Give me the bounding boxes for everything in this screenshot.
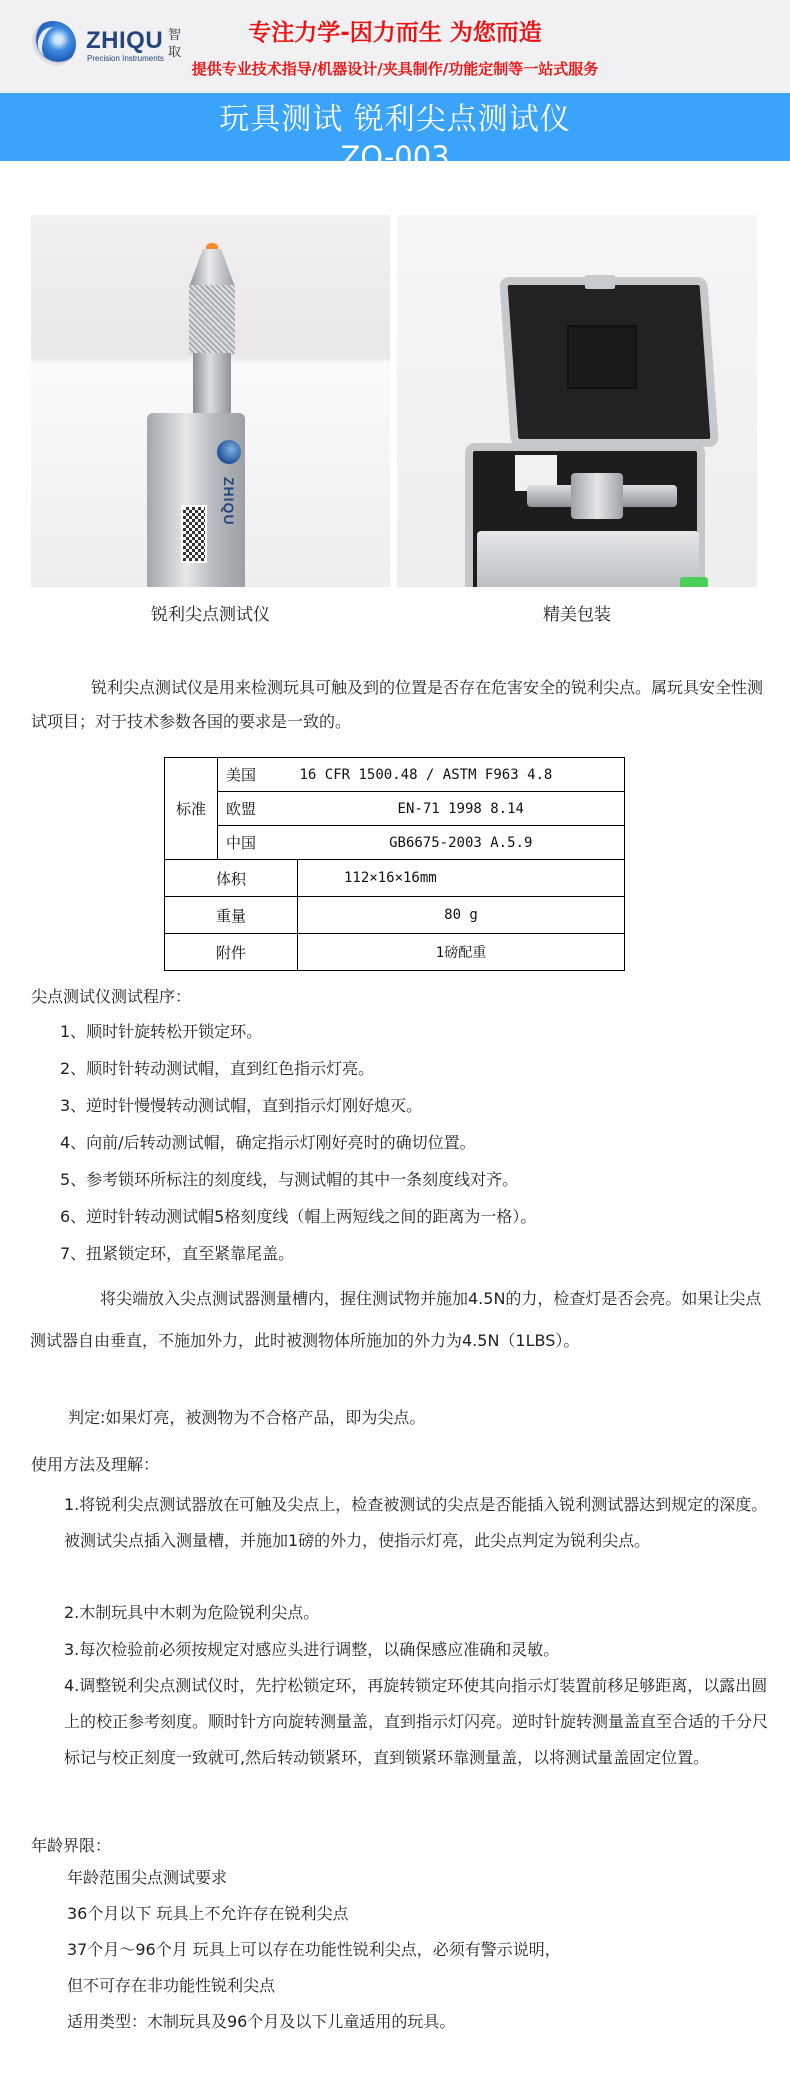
case-lid-foam [567,325,637,389]
list-item: 适用类型：木制玩具及96个月及以下儿童适用的玩具。 [67,2004,767,2040]
case-device-body [571,473,623,519]
list-item: 4.调整锐利尖点测试仪时，先拧松锁定环，再旋转锁定环使其向指示灯装置前移足够距离… [64,1668,776,1776]
logo-brand: ZHIQU [86,29,163,53]
age-limits-title: 年龄界限： [31,1833,111,1856]
list-item: 36个月以下 玩具上不允许存在锐利尖点 [67,1896,767,1932]
table-row: 中国 GB6675-2003 A.5.9 [165,826,625,860]
photo-caption-tester: 锐利尖点测试仪 [31,600,390,625]
body-logo-icon [217,440,241,464]
list-item: 但不可存在非功能性锐利尖点 [67,1968,767,2004]
table-row: 标准 美国 16 CFR 1500.48 / ASTM F963 4.8 [165,758,625,792]
standard-label: 标准 [165,758,218,860]
standard-code-cell: GB6675-2003 A.5.9 [298,826,625,860]
slogan-main: 专注力学-因力而生 为您而造 [205,14,585,47]
case-front-panel [477,531,699,587]
list-item: 1、顺时针旋转松开锁定环。 [60,1013,780,1050]
photo-caption-packaging: 精美包装 [397,600,757,625]
list-item: 6、逆时针转动测试帽5格刻度线（帽上两短线之间的距离为一格）。 [60,1198,780,1235]
verdict-text: 判定:如果灯亮，被测物为不合格产品，即为尖点。 [68,1405,425,1428]
spec-value-cell: 112×16×16mm [298,860,625,897]
case-hinge-icon [585,275,615,289]
slogan-sub: 提供专业技术指导/机器设计/夹具制作/功能定制等一站式服务 [135,58,655,79]
region-cell: 美国 [218,758,298,792]
list-item: 3.每次检验前必须按规定对感应头进行调整，以确保感应准确和灵敏。 [64,1632,776,1668]
probe-tip [189,249,235,287]
age-limits-list: 年龄范围尖点测试要求 36个月以下 玩具上不允许存在锐利尖点 37个月～96个月… [67,1860,767,2040]
spec-value-cell: 80 g [298,897,625,934]
procedure-steps: 1、顺时针旋转松开锁定环。 2、顺时针转动测试帽，直到红色指示灯亮。 3、逆时针… [60,1013,780,1272]
top-header: ZHIQU Precision Instruments 智取 专注力学-因力而生… [0,0,790,93]
zhiqu-logo-icon [30,21,76,67]
list-item: 1.将锐利尖点测试器放在可触及尖点上，检查被测试的尖点是否能插入锐利测试器达到规… [64,1487,776,1559]
sharp-point-tester-photo: ZHIQU [31,215,390,587]
region-cell: 中国 [218,826,298,860]
list-item: 年龄范围尖点测试要求 [67,1860,767,1896]
title-banner: 玩具测试 锐利尖点测试仪 ZQ-003 [0,93,790,161]
list-item: 5、参考锁环所标注的刻度线，与测试帽的其中一条刻度线对齐。 [60,1161,780,1198]
list-item: 4、向前/后转动测试帽，确定指示灯刚好亮时的确切位置。 [60,1124,780,1161]
logo-chinese: 智取 [168,27,184,61]
spec-label-cell: 附件 [165,934,298,971]
procedure-title: 尖点测试仪测试程序： [31,984,191,1007]
list-item: 2.木制玩具中木刺为危险锐利尖点。 [64,1595,776,1631]
list-item: 37个月～96个月 玩具上可以存在功能性锐利尖点，必须有警示说明， [67,1932,767,1968]
intro-paragraph: 锐利尖点测试仪是用来检测玩具可触及到的位置是否存在危害安全的锐利尖点。属玩具安全… [31,671,771,739]
usage-title: 使用方法及理解： [31,1452,159,1475]
force-paragraph: 将尖端放入尖点测试器测量槽内，握住测试物并施加4.5N的力，检查灯是否会亮。如果… [30,1278,775,1362]
model-number: ZQ-003 [0,142,790,172]
spec-label-cell: 重量 [165,897,298,934]
probe-neck [193,353,231,415]
table-row: 体积 112×16×16mm [165,860,625,897]
page-title: 玩具测试 锐利尖点测试仪 [0,103,790,137]
spec-label-cell: 体积 [165,860,298,897]
standard-code-cell: EN-71 1998 8.14 [298,792,625,826]
standard-code-cell: 16 CFR 1500.48 / ASTM F963 4.8 [298,758,625,792]
qr-code-icon [181,505,207,563]
green-label-icon [680,577,708,587]
list-item: 3、逆时针慢慢转动测试帽，直到指示灯刚好熄灭。 [60,1087,780,1124]
table-row: 欧盟 EN-71 1998 8.14 [165,792,625,826]
spec-table: 标准 美国 16 CFR 1500.48 / ASTM F963 4.8 欧盟 … [164,757,625,971]
packaging-case-photo [397,215,757,587]
table-row: 重量 80 g [165,897,625,934]
table-row: 附件 1磅配重 [165,934,625,971]
spec-value-cell: 1磅配重 [298,934,625,971]
list-item: 7、扭紧锁定环，直至紧靠尾盖。 [60,1235,780,1272]
region-cell: 欧盟 [218,792,298,826]
test-cap [189,285,235,355]
body-brand-text: ZHIQU [221,477,237,526]
list-item: 2、顺时针转动测试帽，直到红色指示灯亮。 [60,1050,780,1087]
